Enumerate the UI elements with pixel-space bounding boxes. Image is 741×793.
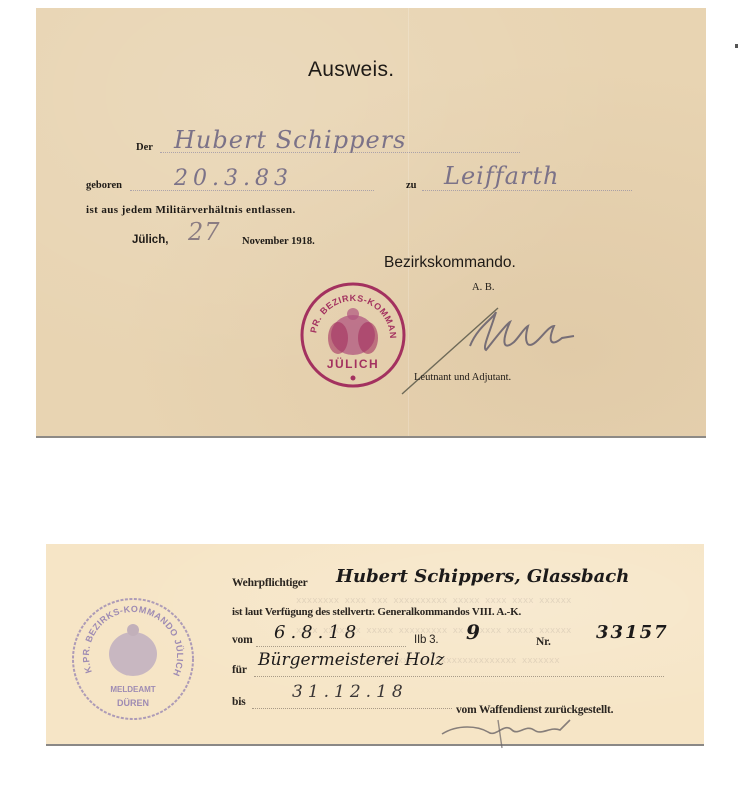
handwritten-birthplace: Leiffarth (444, 162, 559, 190)
issuing-office: Bezirkskommando. (384, 254, 516, 272)
bleed-through-text: xxxxxxxx xxxx xxx xxxxxxxxxx xxxxx xxxx … (296, 596, 571, 606)
date-dotted-line (256, 646, 406, 647)
signature-deferment (438, 712, 588, 752)
handwritten-number: 33157 (596, 622, 669, 643)
document-title: Ausweis. (308, 58, 394, 82)
handwritten-birthdate: 20.3.83 (174, 166, 293, 191)
eagle-icon (328, 308, 378, 355)
scan-speck (735, 44, 738, 48)
eagle-icon (109, 624, 157, 676)
place: Jülich, (132, 234, 168, 246)
birthplace-dotted-line (422, 190, 632, 191)
month-year: November 1918. (242, 236, 315, 247)
handwritten-purpose: Bürgermeisterei Holz (258, 650, 444, 670)
svg-text:JÜLICH: JÜLICH (327, 356, 379, 371)
label-bis: bis (232, 696, 245, 708)
label-der: Der (136, 142, 153, 153)
authority-line: ist laut Verfügung des stellvertr. Gener… (232, 606, 521, 618)
label-wehrpflichtiger: Wehrpflichtiger (232, 577, 308, 589)
label-zu: zu (406, 180, 417, 191)
deferment-slip: xxxxxxxx xxxx xxx xxxxxxxxxx xxxxx xxxx … (46, 544, 704, 744)
svg-text:MELDEAMT: MELDEAMT (110, 685, 155, 694)
handwritten-name: Hubert Schippers (174, 126, 406, 154)
handwritten-until-date: 31.12.18 (292, 682, 408, 702)
official-stamp-dueren: K.PR. BEZIRKS-KOMMANDO JÜLICH MELDEAMT D… (66, 592, 200, 726)
label-fuer: für (232, 664, 247, 676)
label-nr: Nr. (536, 636, 551, 648)
label-vom: vom (232, 634, 252, 646)
ausweis-document: Ausweis. Der Hubert Schippers geboren 20… (36, 8, 706, 436)
purpose-dotted-line (254, 676, 664, 677)
signatory-title: Leutnant und Adjutant. (414, 372, 511, 383)
handwritten-order-date: 6.8.18 (274, 622, 361, 643)
label-geboren: geboren (86, 180, 122, 191)
handwritten-reference: 9 (466, 620, 480, 644)
official-stamp-juelich: PR. BEZIRKS-KOMMANDO JÜLICH (298, 280, 408, 390)
discharge-statement: ist aus jedem Militärverhältnis entlasse… (86, 204, 296, 216)
handwritten-day: 27 (188, 218, 221, 246)
on-behalf-abbrev: A. B. (472, 282, 494, 293)
handwritten-name-place: Hubert Schippers, Glassbach (336, 566, 629, 587)
reference-printed: IIb 3. (414, 634, 438, 646)
until-dotted-line (252, 708, 452, 709)
svg-text:DÜREN: DÜREN (117, 698, 149, 708)
